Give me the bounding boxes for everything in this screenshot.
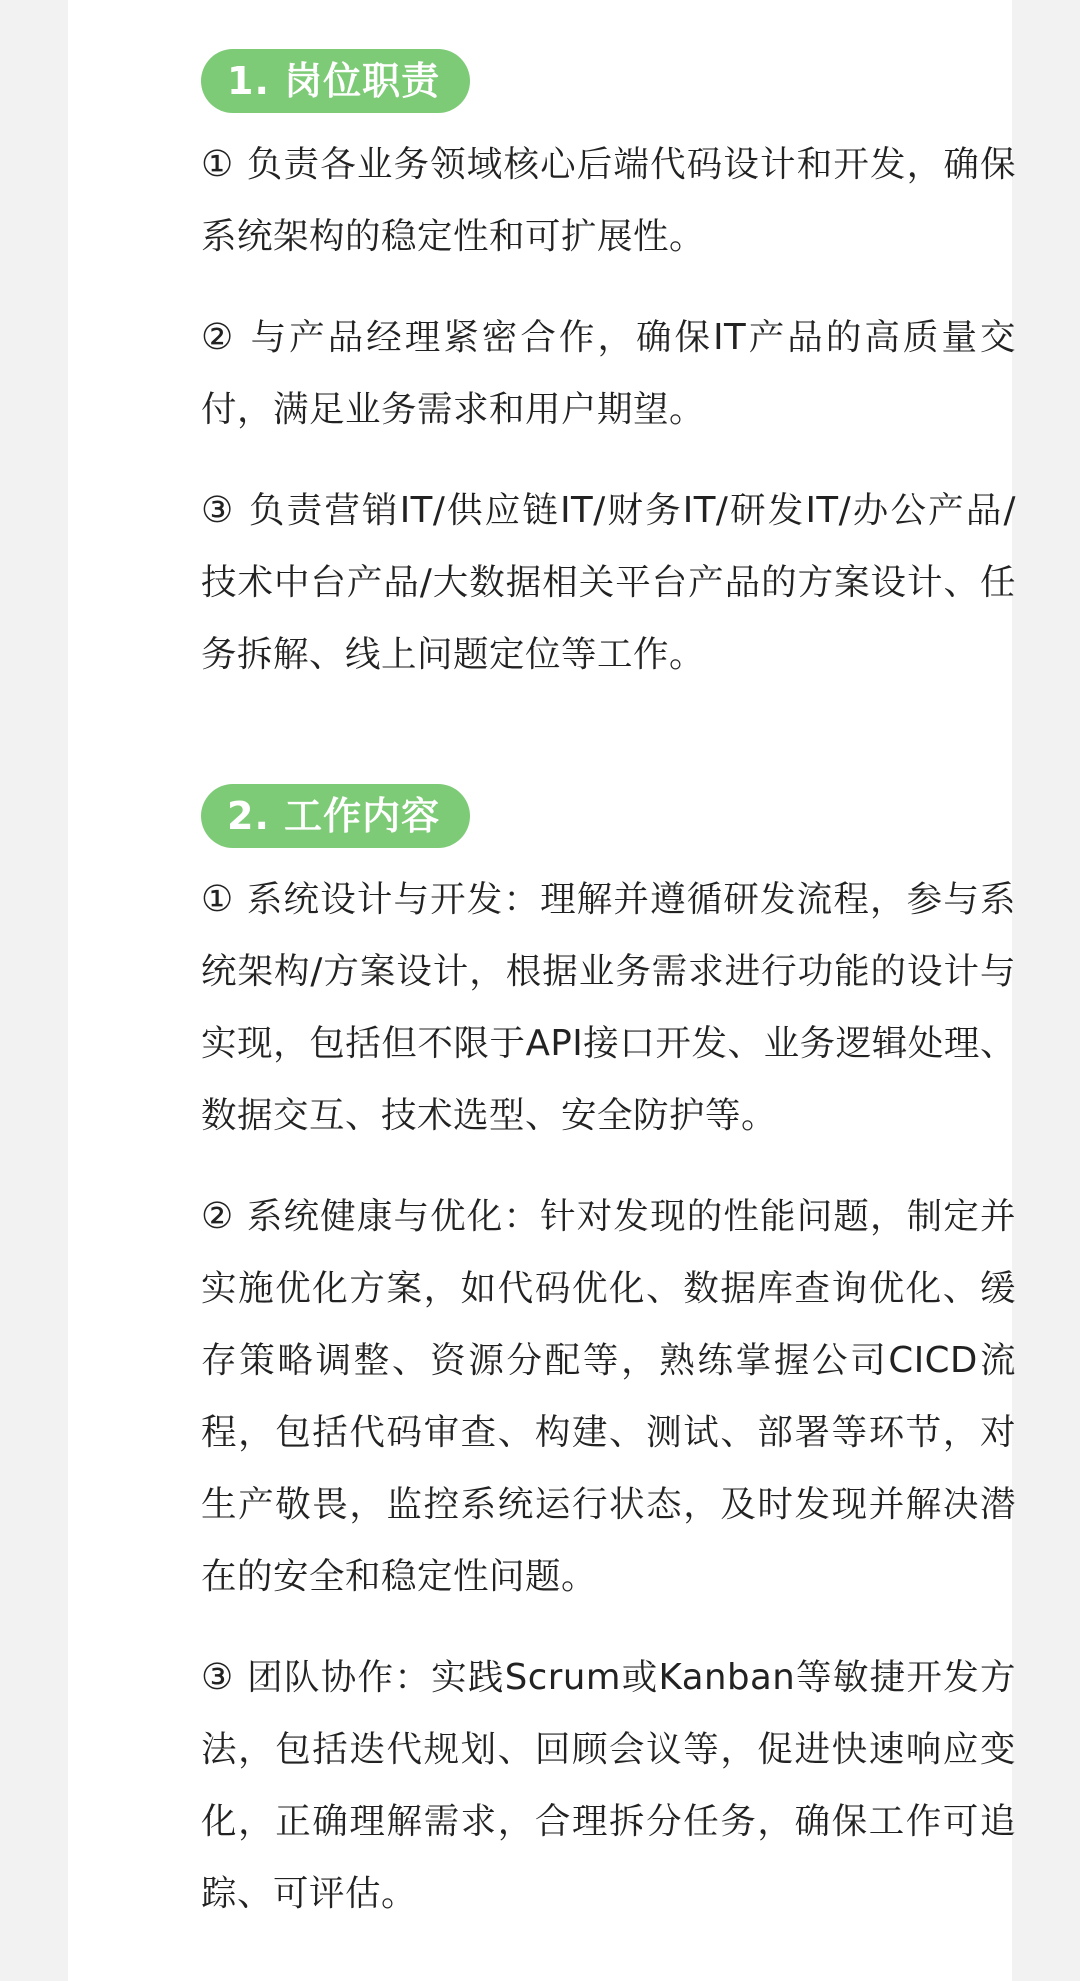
list-item: ① 负责各业务领域核心后端代码设计和开发，确保系统架构的稳定性和可扩展性。 (201, 129, 1016, 273)
item-text: 与产品经理紧密合作，确保IT产品的高质量交付，满足业务需求和用户期望。 (201, 317, 1016, 430)
list-item: ② 系统健康与优化：针对发现的性能问题，制定并实施优化方案，如代码优化、数据库查… (201, 1181, 1016, 1613)
circled-number: ① (201, 879, 234, 920)
section-title-pill: 2. 工作内容 (201, 784, 470, 848)
circled-number: ③ (201, 1657, 235, 1698)
circled-number: ② (201, 1196, 234, 1237)
section-work-content: 2. 工作内容 ① 系统设计与开发：理解并遵循研发流程，参与系统架构/方案设计，… (201, 784, 1016, 1959)
circled-number: ① (201, 144, 234, 185)
item-text: 团队协作：实践Scrum或Kanban等敏捷开发方法，包括迭代规划、回顾会议等，… (201, 1657, 1016, 1914)
list-item: ② 与产品经理紧密合作，确保IT产品的高质量交付，满足业务需求和用户期望。 (201, 302, 1016, 446)
item-text: 负责营销IT/供应链IT/财务IT/研发IT/办公产品/技术中台产品/大数据相关… (201, 490, 1016, 675)
section-responsibilities: 1. 岗位职责 ① 负责各业务领域核心后端代码设计和开发，确保系统架构的稳定性和… (201, 49, 1016, 720)
list-item: ① 系统设计与开发：理解并遵循研发流程，参与系统架构/方案设计，根据业务需求进行… (201, 864, 1016, 1152)
circled-number: ② (201, 317, 236, 358)
item-text: 负责各业务领域核心后端代码设计和开发，确保系统架构的稳定性和可扩展性。 (201, 144, 1016, 257)
section-title-pill: 1. 岗位职责 (201, 49, 470, 113)
list-item: ③ 负责营销IT/供应链IT/财务IT/研发IT/办公产品/技术中台产品/大数据… (201, 475, 1016, 691)
list-item: ③ 团队协作：实践Scrum或Kanban等敏捷开发方法，包括迭代规划、回顾会议… (201, 1642, 1016, 1930)
circled-number: ③ (201, 490, 235, 531)
content-card: 1. 岗位职责 ① 负责各业务领域核心后端代码设计和开发，确保系统架构的稳定性和… (68, 0, 1012, 1981)
item-text: 系统设计与开发：理解并遵循研发流程，参与系统架构/方案设计，根据业务需求进行功能… (201, 879, 1016, 1136)
item-text: 系统健康与优化：针对发现的性能问题，制定并实施优化方案，如代码优化、数据库查询优… (201, 1196, 1016, 1597)
